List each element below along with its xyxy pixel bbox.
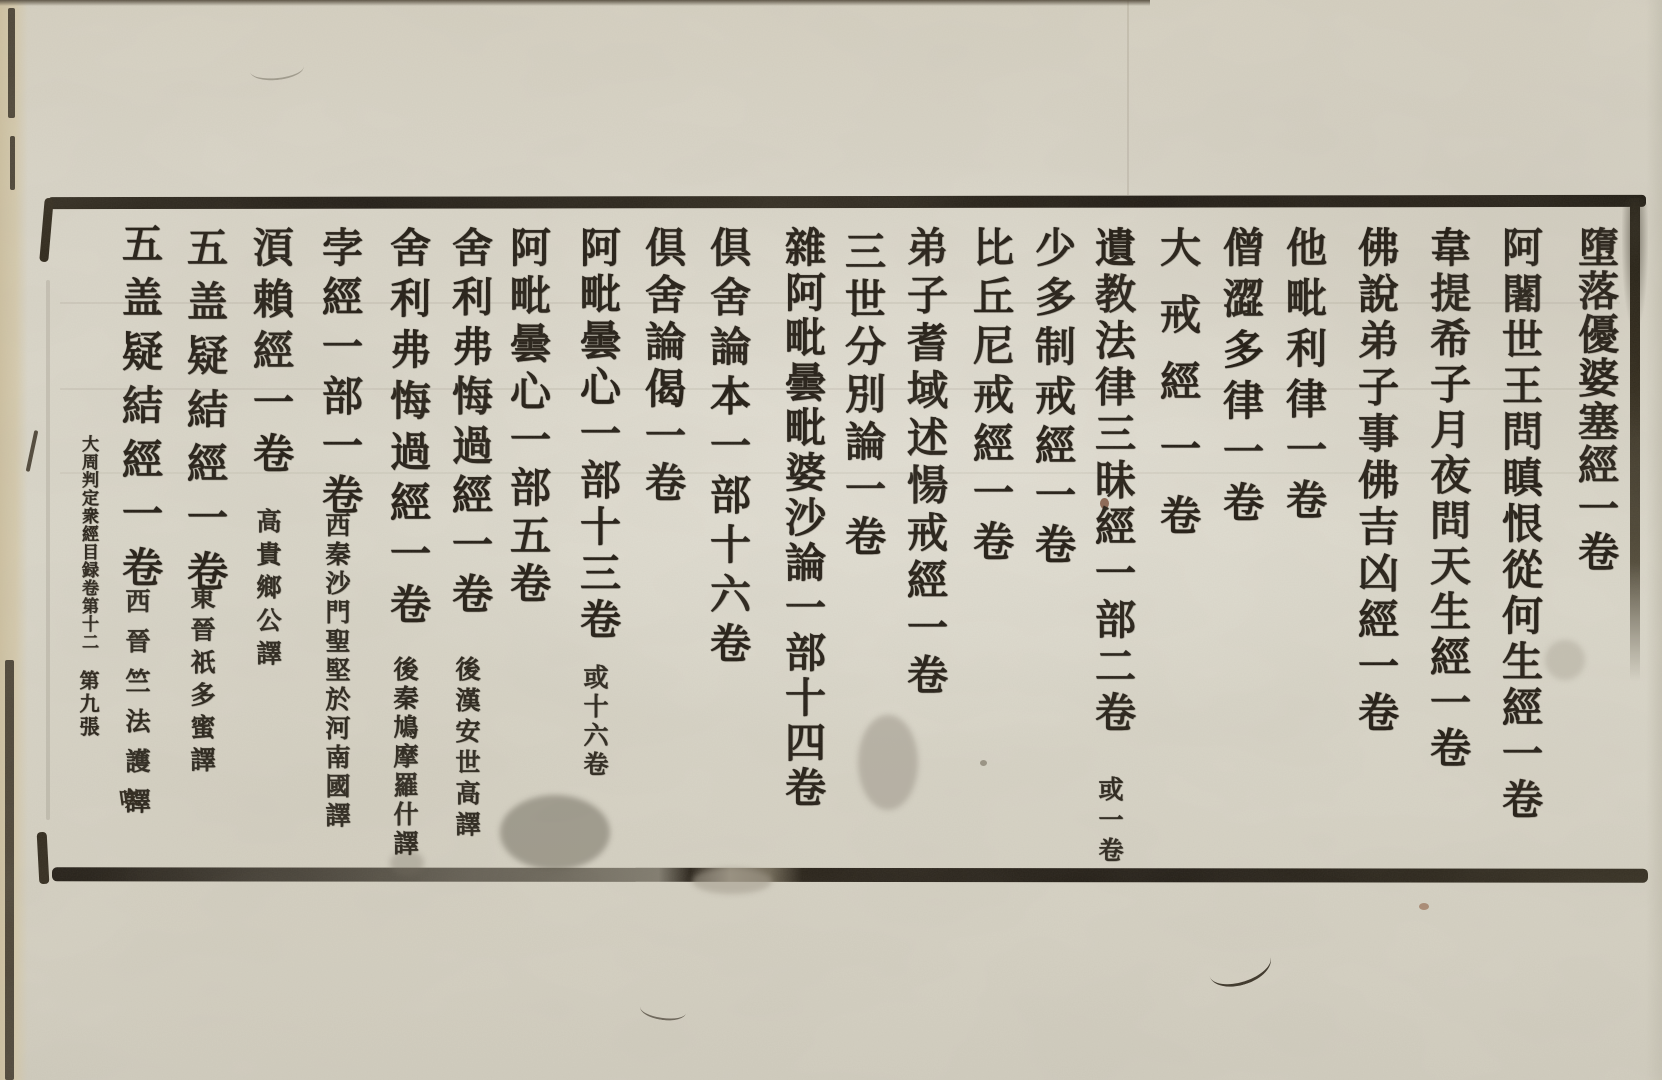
margin-end-mark: 吹 (113, 786, 145, 810)
sutra-title-column-11: 弟子耆域述愓戒經一卷 (895, 226, 954, 701)
page-edge-mark (8, 8, 15, 118)
translator-note-22: 東晉祇多蜜譯 (183, 584, 219, 779)
ink-smudge (500, 795, 610, 870)
ink-smudge (858, 715, 918, 810)
sutra-title-column-23: 五盖疑結經一卷 (110, 222, 169, 600)
scanned-page: 墮落優婆塞經一卷阿闍世王問瞋恨從何生經一卷韋提希子月夜問天生經一卷佛說弟子事佛吉… (0, 0, 1662, 1080)
sutra-title-column-2: 阿闍世王問瞋恨從何生經一卷 (1490, 226, 1549, 824)
paper-speck (1419, 903, 1429, 910)
print-frame-corner-blotch (1622, 198, 1648, 328)
sutra-title-column-18: 舍利弗悔過經一卷 (440, 226, 499, 622)
sutra-title-column-5: 他毗利律一卷 (1274, 226, 1333, 529)
paper-fold-line (1127, 0, 1129, 195)
paper-speck (980, 760, 987, 766)
sutra-title-column-17: 阿毗曇心一部五卷 (498, 226, 557, 610)
sutra-title-column-21: 湏賴經一卷 (241, 226, 300, 484)
page-edge-mark (5, 660, 14, 1080)
sutra-title-column-14: 倶舍論本一部十六卷 (698, 226, 757, 672)
volume-variant-note-8: 或一卷 (1091, 776, 1127, 868)
sutra-title-column-15: 倶舍論偈一卷 (633, 226, 692, 508)
translator-note-18: 後漢安世高譯 (448, 656, 484, 842)
sutra-title-column-4: 佛說弟子事佛吉凶經一卷 (1346, 226, 1405, 738)
sutra-title-column-1: 墮落優婆塞經一卷 (1566, 226, 1625, 574)
sutra-title-column-12: 三世分別論一卷 (833, 230, 892, 563)
sutra-title-column-3: 韋提希子月夜問天生經一卷 (1418, 226, 1477, 772)
page-edge-mark (10, 136, 15, 190)
translator-note-20: 西秦沙門聖堅於河南國譯 (318, 512, 354, 831)
translator-note-21: 高貴鄉公譯 (249, 508, 285, 673)
page-edge-strip (1646, 0, 1662, 1080)
sutra-title-column-9: 少多制戒經一卷 (1023, 226, 1082, 573)
sutra-title-column-6: 僧澀多律一卷 (1211, 226, 1270, 532)
sutra-title-column-20: 孛經一部一卷 (310, 226, 369, 523)
volume-variant-note-16: 或十六卷 (576, 664, 612, 780)
sutra-title-column-19: 舍利弗悔過經一卷 (378, 226, 437, 634)
ink-smudge (1545, 640, 1585, 680)
translator-note-19: 後秦鳩摩羅什譯 (386, 656, 422, 859)
print-frame-bottom (52, 867, 1648, 882)
print-frame-left-faint (46, 280, 50, 820)
margin-catalog-title: 大周判定衆經目録卷第十二 (76, 435, 101, 651)
page-edge-shadow (0, 0, 1150, 6)
margin-sheet-number: 第九張 (74, 670, 103, 739)
sutra-title-column-22: 五盖疑結經一卷 (175, 226, 234, 604)
sutra-title-column-13: 雜阿毗曇毗婆沙論一部十四卷 (773, 226, 832, 811)
sutra-title-column-8: 遺教法律三昧經一部二卷 (1083, 226, 1142, 738)
sutra-title-column-10: 比丘尼戒經一卷 (961, 226, 1020, 569)
sutra-title-column-7: 大戒經一卷 (1148, 226, 1207, 561)
print-frame-top (48, 195, 1646, 209)
sutra-title-column-16: 阿毗曇心一部十三卷 (568, 226, 627, 645)
ink-smudge (692, 868, 772, 894)
